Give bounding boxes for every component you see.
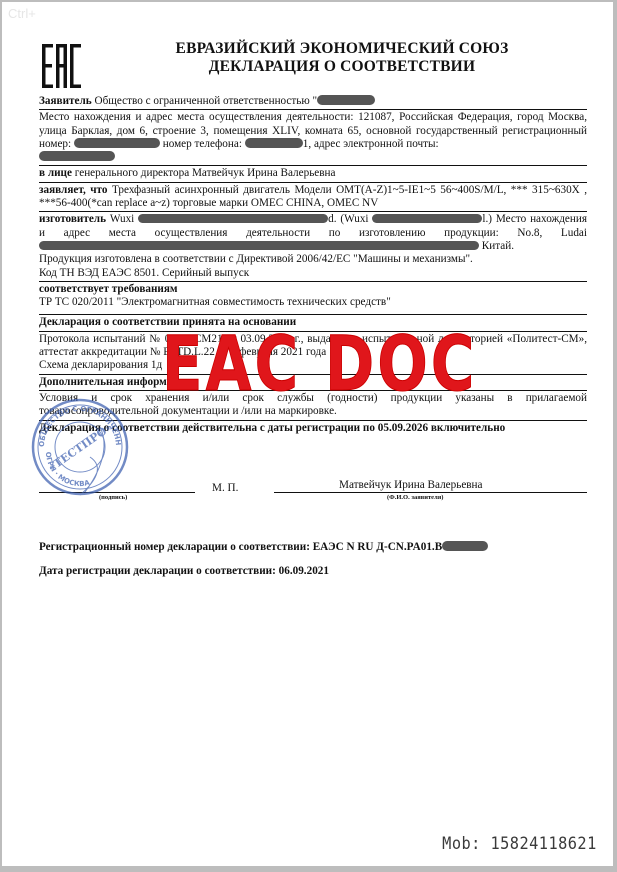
address-row: Место нахождения и адрес места осуществл…: [39, 110, 587, 166]
applicant-name: Матвейчук Ирина Валерьевна: [339, 479, 483, 491]
applicant-text: Общество с ограниченной ответственностью…: [95, 95, 318, 107]
applicant-label: Заявитель: [39, 95, 92, 107]
registration-number: ЕАЭС N RU Д-CN.PA01.B: [313, 541, 442, 553]
redacted-block: [372, 214, 482, 223]
validity-row: Декларация о соответствии действительна …: [39, 421, 587, 436]
document-header: ЕВРАЗИЙСКИЙ ЭКОНОМИЧЕСКИЙ СОЮЗ ДЕКЛАРАЦИ…: [122, 40, 562, 76]
registration-block: Регистрационный номер декларации о соотв…: [39, 535, 488, 583]
name-line: [274, 492, 587, 493]
requirements-label: соответствует требованиям: [39, 283, 178, 295]
manufacturer-country: Китай.: [482, 240, 514, 252]
validity-text: Декларация о соответствии действительна …: [39, 422, 505, 434]
header-union: ЕВРАЗИЙСКИЙ ЭКОНОМИЧЕСКИЙ СОЮЗ: [122, 40, 562, 58]
manufacturer-label: изготовитель: [39, 213, 106, 225]
email-label: 1, адрес электронной почты:: [303, 138, 439, 150]
redacted-block: [39, 151, 115, 161]
manufacturer-name: Wuxi: [110, 213, 134, 225]
manufacturer-directive: Продукция изготовлена в соответствии с Д…: [39, 253, 473, 265]
declaration-page: Ctrl+ ЕВРАЗИЙСКИЙ ЭКОНОМИЧЕСКИЙ СОЮЗ ДЕК…: [2, 2, 613, 866]
registration-date-label: Дата регистрации декларации о соответств…: [39, 565, 276, 577]
registration-number-row: Регистрационный номер декларации о соотв…: [39, 535, 488, 559]
name-label: (Ф.И.О. заявителя): [387, 494, 443, 501]
seal-place-label: М. П.: [212, 482, 238, 494]
manufacturer-row: изготовитель Wuxi d. (Wuxi l.) Место нах…: [39, 212, 587, 281]
registration-date-row: Дата регистрации декларации о соответств…: [39, 559, 488, 583]
representative-row: в лице генерального директора Матвейчук …: [39, 166, 587, 182]
registration-date: 06.09.2021: [279, 565, 329, 577]
signature-label: (подпись): [99, 494, 127, 501]
eac-logo-icon: [42, 44, 82, 88]
requirements-row: соответствует требованиям ТР ТС 020/2011…: [39, 282, 587, 311]
ghost-text: Ctrl+: [8, 6, 36, 21]
representative-text: генерального директора Матвейчук Ирина В…: [75, 167, 336, 179]
watermark-text: EAC DOC: [162, 324, 477, 404]
registration-number-label: Регистрационный номер декларации о соотв…: [39, 541, 310, 553]
applicant-row: Заявитель Общество с ограниченной ответс…: [39, 94, 587, 110]
manufacturer-name-alt: d. (Wuxi: [328, 213, 368, 225]
redacted-block: [39, 241, 479, 250]
scheme-text: Схема декларирования 1д: [39, 359, 162, 371]
hs-code: Код ТН ВЭД ЕАЭС 8501. Серийный выпуск: [39, 267, 249, 279]
representative-label: в лице: [39, 167, 72, 179]
redacted-block: [138, 214, 328, 223]
signature-row: (подпись) М. П. Матвейчук Ирина Валерьев…: [39, 479, 587, 509]
declares-text: Трехфазный асинхронный двигатель Модели …: [39, 184, 587, 209]
redacted-block: [442, 541, 488, 551]
header-title: ДЕКЛАРАЦИЯ О СООТВЕТСТВИИ: [122, 58, 562, 76]
signature-line: [39, 492, 195, 493]
declares-row: заявляет, что Трехфазный асинхронный дви…: [39, 183, 587, 213]
phone-label: номер телефона:: [163, 138, 242, 150]
redacted-block: [245, 138, 303, 148]
redacted-block: [74, 138, 160, 148]
contact-phone: Mob: 15824118621: [442, 834, 597, 854]
requirements-text: ТР ТС 020/2011 "Электромагнитная совмест…: [39, 296, 391, 308]
declares-label: заявляет, что: [39, 184, 108, 196]
redacted-block: [317, 95, 375, 105]
